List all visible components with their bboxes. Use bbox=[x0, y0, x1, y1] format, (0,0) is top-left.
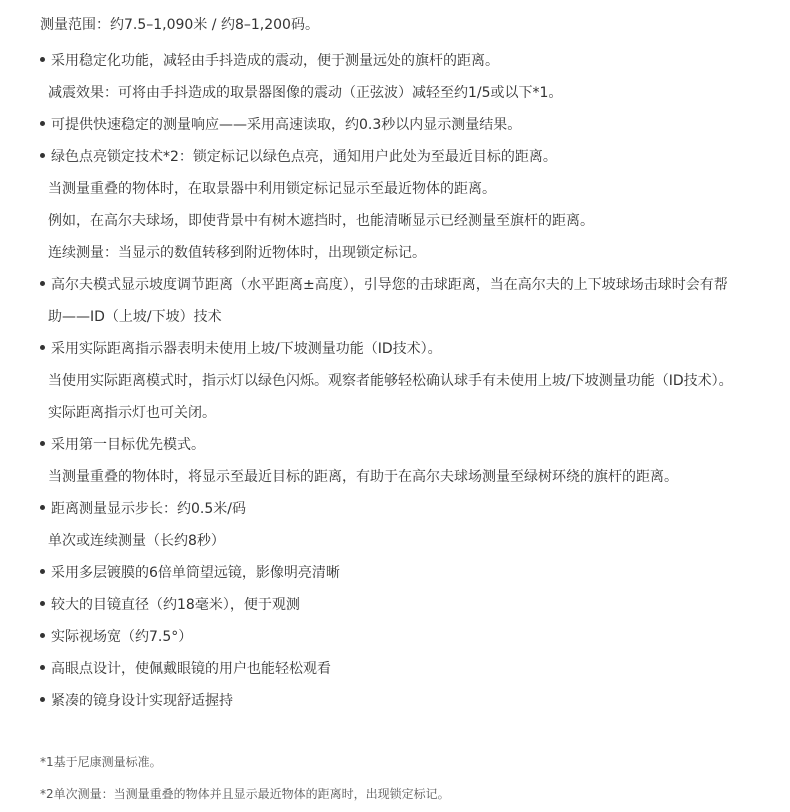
line-text: 测量范围：约7.5–1,090米 / 约8–1,200码。 bbox=[40, 17, 319, 33]
line-text: 可提供快速稳定的测量响应——采用高速读取，约0.3秒以内显示测量结果。 bbox=[51, 117, 521, 133]
bullet-item: 高眼点设计，使佩戴眼镜的用户也能轻松观看 bbox=[40, 659, 331, 679]
bullet-item: 高尔夫模式显示坡度调节距离（水平距离±高度），引导您的击球距离，当在高尔夫的上下… bbox=[40, 275, 728, 295]
line-text: 实际距离指示灯也可关闭。 bbox=[48, 405, 216, 421]
line-text: 高尔夫模式显示坡度调节距离（水平距离±高度），引导您的击球距离，当在高尔夫的上下… bbox=[51, 277, 728, 293]
bullet-dot-icon bbox=[40, 153, 45, 158]
footnote: *1基于尼康测量标准。 bbox=[40, 752, 162, 772]
footnote: *2单次测量：当测量重叠的物体并且显示最近物体的距离时，出现锁定标记。 bbox=[40, 784, 450, 804]
bullet-item: 采用第一目标优先模式。 bbox=[40, 435, 205, 455]
bullet-item: 绿色点亮锁定技术*2：锁定标记以绿色点亮，通知用户此处为至最近目标的距离。 bbox=[40, 147, 557, 167]
bullet-dot-icon bbox=[40, 665, 45, 670]
spec-paragraph: 测量范围：约7.5–1,090米 / 约8–1,200码。 bbox=[40, 15, 319, 35]
line-text: 距离测量显示步长：约0.5米/码 bbox=[51, 501, 246, 517]
bullet-dot-icon bbox=[40, 569, 45, 574]
bullet-item: 采用多层镀膜的6倍单筒望远镜，影像明亮清晰 bbox=[40, 563, 340, 583]
line-text: 单次或连续测量（长约8秒） bbox=[48, 533, 225, 549]
line-text: 采用稳定化功能，减轻由手抖造成的震动，便于测量远处的旗杆的距离。 bbox=[51, 53, 499, 69]
bullet-item: 采用实际距离指示器表明未使用上坡/下坡测量功能（ID技术）。 bbox=[40, 339, 442, 359]
bullet-detail-text: 连续测量：当显示的数值转移到附近物体时，出现锁定标记。 bbox=[48, 243, 426, 263]
bullet-detail-text: 助——ID（上坡/下坡）技术 bbox=[48, 307, 222, 327]
line-text: 连续测量：当显示的数值转移到附近物体时，出现锁定标记。 bbox=[48, 245, 426, 261]
bullet-dot-icon bbox=[40, 345, 45, 350]
bullet-item: 距离测量显示步长：约0.5米/码 bbox=[40, 499, 246, 519]
bullet-item: 紧凑的镜身设计实现舒适握持 bbox=[40, 691, 233, 711]
bullet-item: 实际视场宽（约7.5°） bbox=[40, 627, 192, 647]
line-text: 采用第一目标优先模式。 bbox=[51, 437, 205, 453]
bullet-dot-icon bbox=[40, 441, 45, 446]
bullet-detail-text: 当测量重叠的物体时，在取景器中利用锁定标记显示至最近物体的距离。 bbox=[48, 179, 496, 199]
line-text: 当测量重叠的物体时，在取景器中利用锁定标记显示至最近物体的距离。 bbox=[48, 181, 496, 197]
line-text: 例如，在高尔夫球场，即使背景中有树木遮挡时，也能清晰显示已经测量至旗杆的距离。 bbox=[48, 213, 594, 229]
line-text: 减震效果：可将由手抖造成的取景器图像的震动（正弦波）减轻至约1/5或以下*1。 bbox=[48, 85, 562, 101]
bullet-item: 采用稳定化功能，减轻由手抖造成的震动，便于测量远处的旗杆的距离。 bbox=[40, 51, 499, 71]
bullet-item: 可提供快速稳定的测量响应——采用高速读取，约0.3秒以内显示测量结果。 bbox=[40, 115, 521, 135]
bullet-detail-text: 单次或连续测量（长约8秒） bbox=[48, 531, 225, 551]
line-text: 实际视场宽（约7.5°） bbox=[51, 629, 192, 645]
line-text: 采用实际距离指示器表明未使用上坡/下坡测量功能（ID技术）。 bbox=[51, 341, 442, 357]
line-text: 高眼点设计，使佩戴眼镜的用户也能轻松观看 bbox=[51, 661, 331, 677]
bullet-detail-text: 减震效果：可将由手抖造成的取景器图像的震动（正弦波）减轻至约1/5或以下*1。 bbox=[48, 83, 562, 103]
bullet-dot-icon bbox=[40, 505, 45, 510]
bullet-dot-icon bbox=[40, 633, 45, 638]
bullet-dot-icon bbox=[40, 121, 45, 126]
line-text: 采用多层镀膜的6倍单筒望远镜，影像明亮清晰 bbox=[51, 565, 340, 581]
bullet-detail-text: 例如，在高尔夫球场，即使背景中有树木遮挡时，也能清晰显示已经测量至旗杆的距离。 bbox=[48, 211, 594, 231]
bullet-item: 较大的目镜直径（约18毫米），便于观测 bbox=[40, 595, 300, 615]
bullet-dot-icon bbox=[40, 697, 45, 702]
bullet-detail-text: 实际距离指示灯也可关闭。 bbox=[48, 403, 216, 423]
bullet-detail-text: 当使用实际距离模式时，指示灯以绿色闪烁。观察者能够轻松确认球手有未使用上坡/下坡… bbox=[48, 371, 733, 391]
line-text: 助——ID（上坡/下坡）技术 bbox=[48, 309, 222, 325]
line-text: 较大的目镜直径（约18毫米），便于观测 bbox=[51, 597, 300, 613]
bullet-dot-icon bbox=[40, 281, 45, 286]
line-text: 绿色点亮锁定技术*2：锁定标记以绿色点亮，通知用户此处为至最近目标的距离。 bbox=[51, 149, 557, 165]
line-text: 当测量重叠的物体时，将显示至最近目标的距离，有助于在高尔夫球场测量至绿树环绕的旗… bbox=[48, 469, 678, 485]
line-text: 紧凑的镜身设计实现舒适握持 bbox=[51, 693, 233, 709]
bullet-dot-icon bbox=[40, 57, 45, 62]
line-text: 当使用实际距离模式时，指示灯以绿色闪烁。观察者能够轻松确认球手有未使用上坡/下坡… bbox=[48, 373, 733, 389]
bullet-detail-text: 当测量重叠的物体时，将显示至最近目标的距离，有助于在高尔夫球场测量至绿树环绕的旗… bbox=[48, 467, 678, 487]
bullet-dot-icon bbox=[40, 601, 45, 606]
